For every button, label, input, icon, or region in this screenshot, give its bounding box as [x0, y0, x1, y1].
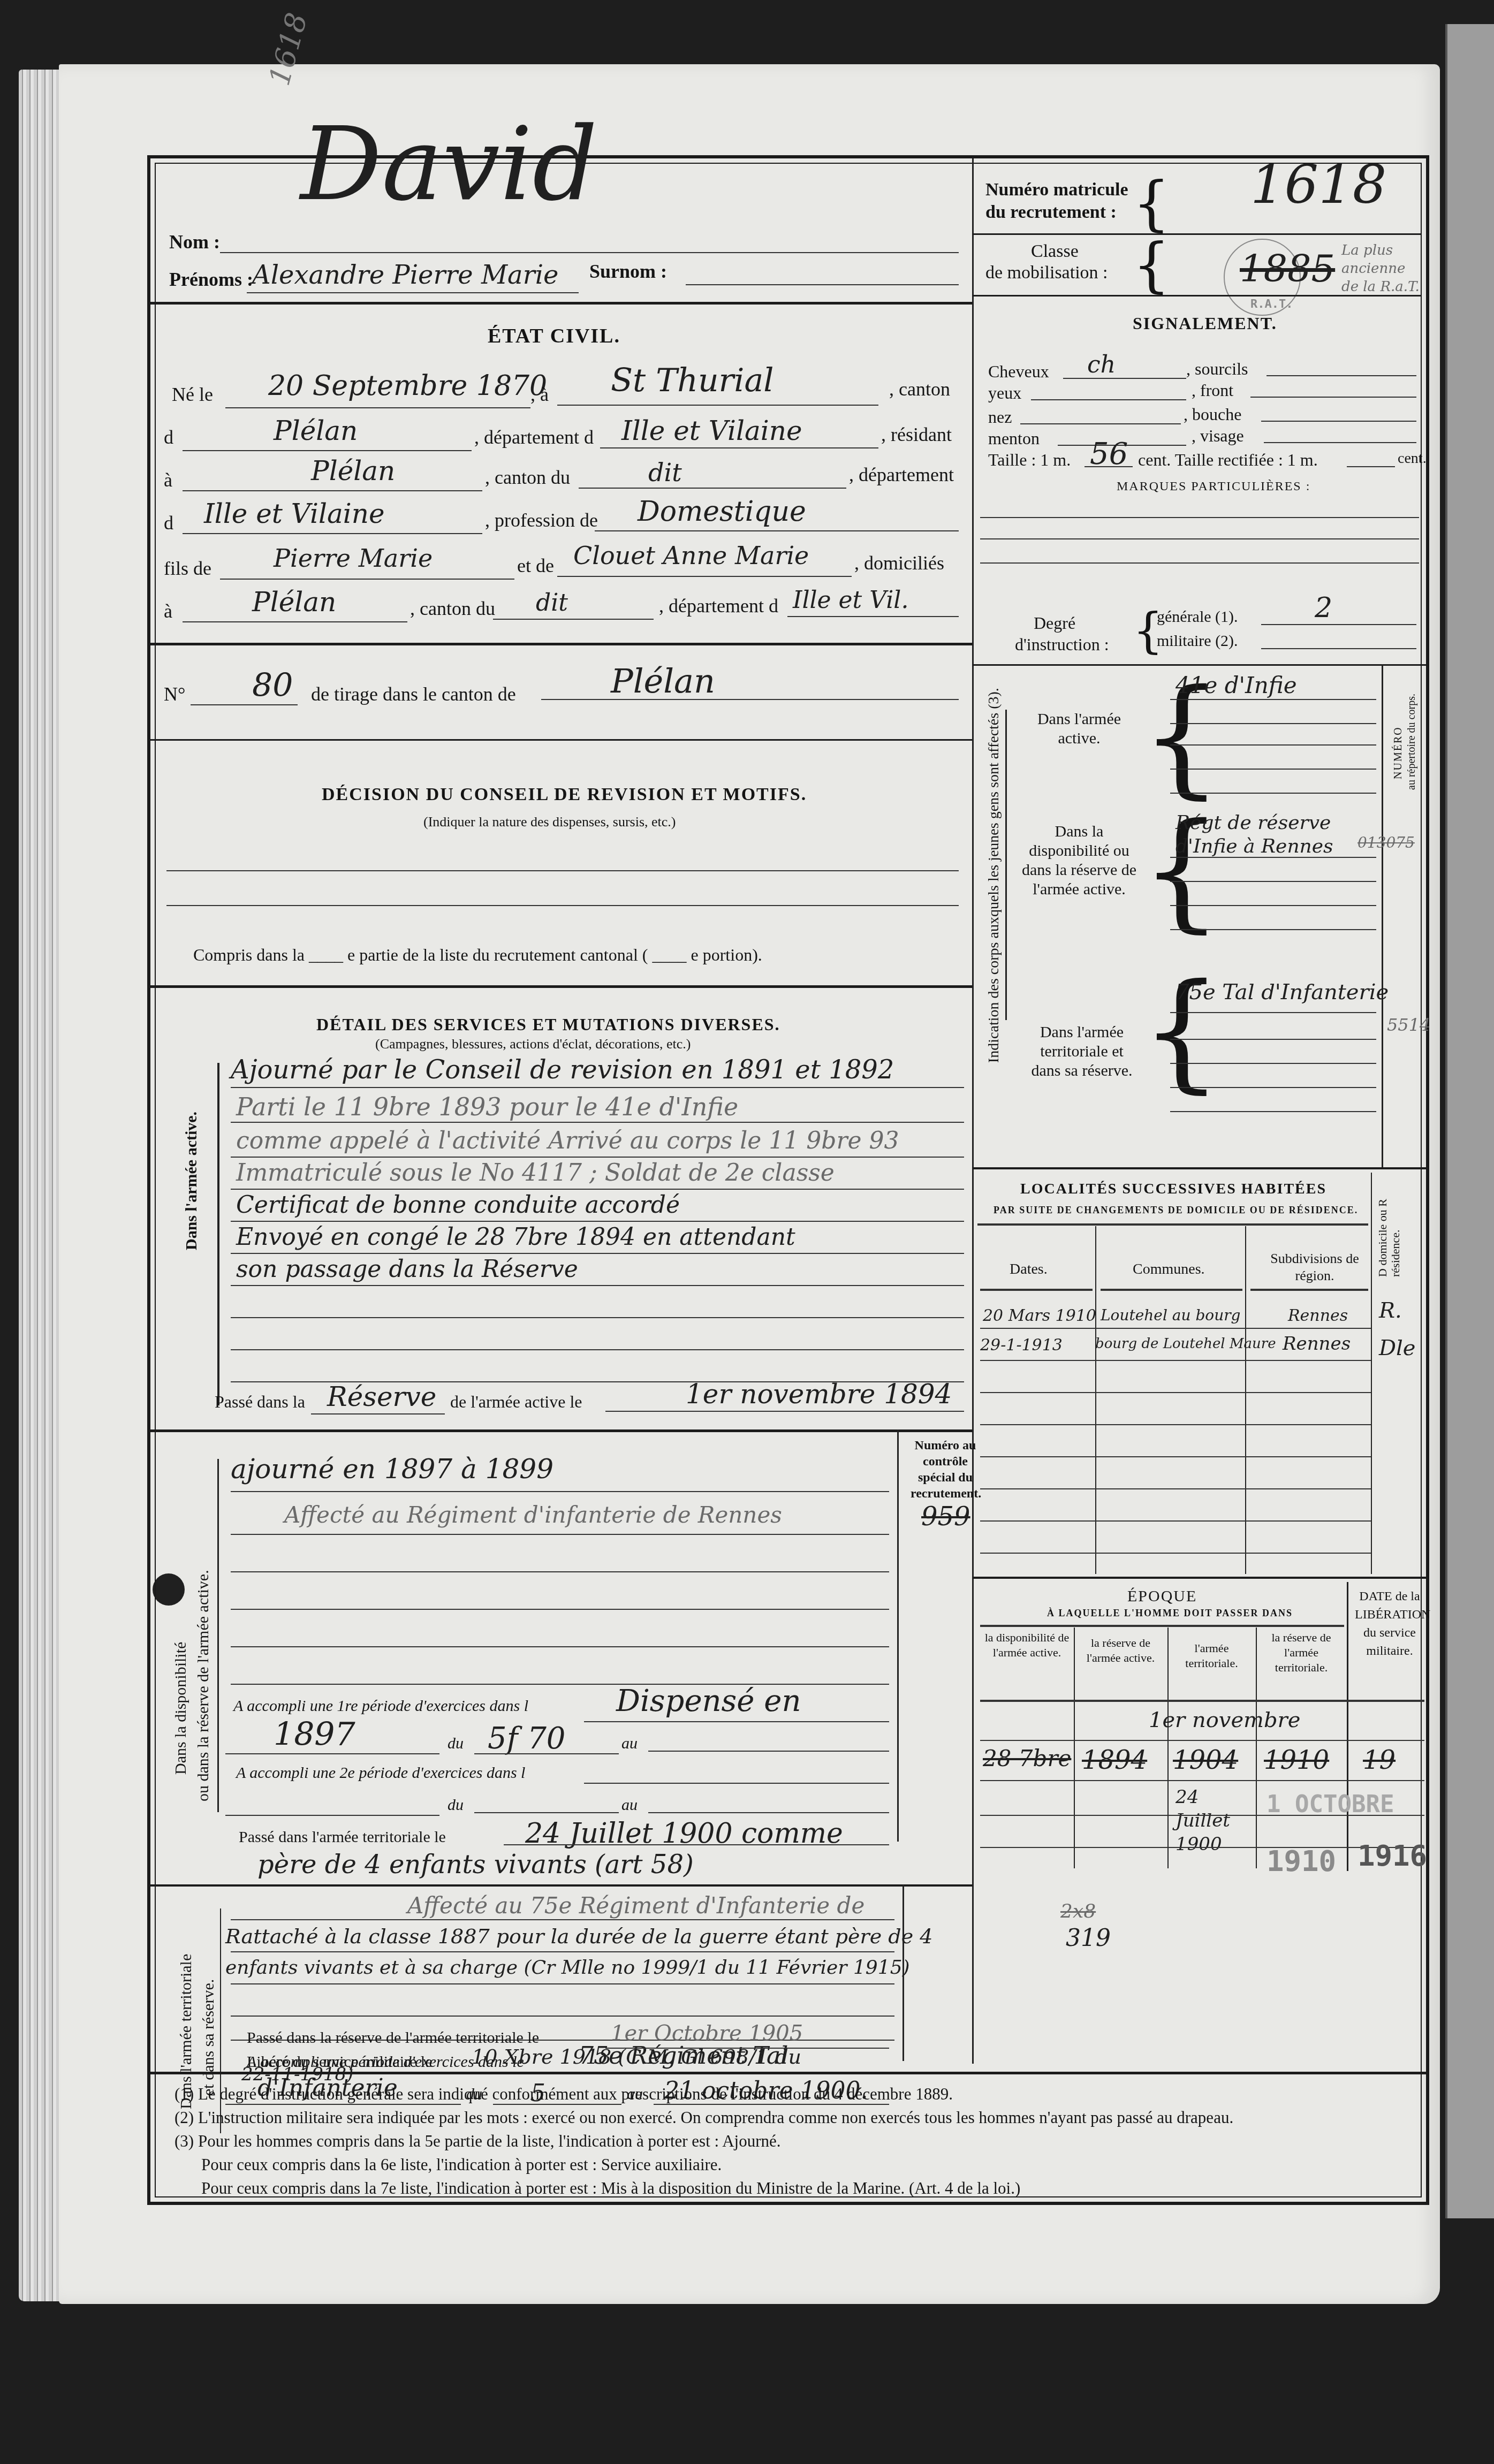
periode2-au-label: au [621, 1796, 638, 1814]
signalement-title: SIGNALEMENT. [1133, 314, 1277, 333]
corps-row-2-label: Dans la disponibilité ou dans la réserve… [1018, 822, 1141, 899]
epoque-col-reserve-territoriale: la réserve de l'armée territoriale. [1258, 1630, 1344, 1675]
services-line-5: Certificat de bonne conduite accordé [236, 1191, 680, 1219]
marques-title: MARQUES PARTICULIÈRES : [1117, 480, 1310, 494]
visage-label: , visage [1192, 426, 1244, 446]
tirage-no-value: 80 [252, 667, 293, 704]
prenoms-value: Alexandre Pierre Marie [252, 260, 558, 290]
disponibilite-label-2: ou dans la réserve de l'armée active. [194, 1570, 213, 1801]
footnote-3: (3) Pour les hommes compris dans la 5e p… [175, 2130, 1406, 2153]
nom-value: David [300, 105, 597, 223]
corps-row-2-numero: 013075 [1358, 834, 1415, 851]
epoque-span-note: 1er novembre [1149, 1708, 1300, 1732]
stamp-octobre: 1 OCTOBRE [1267, 1791, 1394, 1818]
canton-prefix: d [164, 426, 173, 448]
militaire-label: militaire (2). [1157, 632, 1238, 650]
localites-row-1-type: R. [1379, 1298, 1402, 1323]
residence-canton-label: , canton du [485, 466, 570, 489]
residence-prefix: à [164, 469, 172, 491]
tirage-canton-value: Plélan [611, 661, 715, 701]
mere-value: Clouet Anne Marie [573, 541, 809, 570]
taille-label: Taille : 1 m. [988, 450, 1071, 470]
footnotes: (1) Le degré d'instruction générale sera… [175, 2082, 1406, 2200]
services-line-7: son passage dans la Réserve [236, 1256, 578, 1283]
epoque-title: ÉPOQUE [1127, 1587, 1197, 1606]
yeux-label: yeux [988, 383, 1021, 403]
passe-reserve-label: Passé dans la [215, 1392, 305, 1412]
localites-row-1-subdivision: Rennes [1288, 1306, 1348, 1325]
services-line-2: Parti le 11 9bre 1893 pour le 41e d'Infi… [236, 1092, 738, 1121]
passe-reserve-value: Réserve [327, 1381, 436, 1412]
pere-value: Pierre Marie [274, 544, 433, 573]
domicile-departement-label: , département d [659, 595, 778, 617]
libere-value-2: 22-11-1918) [241, 2064, 353, 2085]
right-column: Numéro matricule du recrutement : { 1618… [972, 158, 1426, 2064]
residence-departement-prefix: d [164, 512, 173, 534]
reserve-territoriale-value: 1er Octobre 1905 [611, 2021, 803, 2045]
periode2-du-label: du [448, 1796, 464, 1814]
periode1-year: 1897 [274, 1716, 355, 1753]
degre-label-1: Degré [1034, 613, 1075, 633]
stamp-1910: 1910 [1267, 1844, 1336, 1878]
passe-reserve-date: 1er novembre 1894 [686, 1379, 952, 1410]
tirage-label: de tirage dans le canton de [311, 683, 516, 705]
epoque-territoriale-extra: 24 Juillet 1900 [1176, 1785, 1256, 1856]
epoque-value-disponibilite: 28 7bre [983, 1745, 1071, 1771]
classe-label-2: de mobilisation : [985, 263, 1108, 283]
left-column: David Nom : Prénoms : Alexandre Pierre M… [150, 158, 974, 2064]
periode1-au-label: au [621, 1735, 638, 1753]
decision-subtitle: (Indiquer la nature des dispenses, sursi… [423, 814, 676, 830]
localites-title: LOCALITÉS SUCCESSIVES HABITÉES [1020, 1181, 1326, 1198]
services-line-6: Envoyé en congé le 28 7bre 1894 en atten… [236, 1223, 795, 1251]
a-label: , à [530, 383, 549, 406]
territoriale-line-2: Rattaché à la classe 1887 pour la durée … [225, 1925, 932, 1948]
territoriale-numero: 319 [1066, 1925, 1111, 1952]
sourcils-label: , sourcils [1186, 359, 1248, 379]
domicilies-label: , domiciliés [854, 552, 944, 574]
reserve-territoriale-label: Passé dans la réserve de l'armée territo… [247, 2029, 539, 2047]
services-section-label: Dans l'armée active. [183, 1112, 201, 1250]
territoriale-line-3: enfants vivants et à sa charge (Cr Mlle … [225, 1957, 910, 1979]
territoriale-passage-label: Passé dans l'armée territoriale le [239, 1828, 446, 1846]
fils-label: fils de [164, 557, 211, 580]
localites-row-2-commune: bourg de Loutehel Maure [1095, 1336, 1276, 1352]
epoque-value-reserve-territoriale: 1910 [1264, 1745, 1329, 1775]
residence-departement-label: , département [849, 463, 954, 486]
periode1-value: Dispensé en [616, 1684, 801, 1718]
nez-label: nez [988, 407, 1012, 427]
corps-row-3-numero: 5514 [1387, 1015, 1430, 1035]
localites-row-2-type: Dle [1379, 1336, 1416, 1360]
decision-title: DÉCISION DU CONSEIL DE REVISION ET MOTIF… [322, 785, 807, 805]
degre-label-2: d'instruction : [1015, 635, 1109, 655]
epoque-col-disponibilite: la disponibilité de l'armée active. [983, 1630, 1071, 1660]
disponibilite-line-1: ajourné en 1897 à 1899 [231, 1454, 553, 1485]
localites-row-2-subdivision: Rennes [1283, 1333, 1351, 1355]
footnote-2: (2) L'instruction militaire sera indiqué… [175, 2106, 1406, 2130]
departement-value: Ille et Vilaine [621, 415, 802, 446]
matricule-value: 1618 [1250, 153, 1387, 216]
stamp-1916: 1916 [1358, 1839, 1427, 1873]
prenoms-label: Prénoms : [169, 268, 253, 291]
ne-le-label: Né le [172, 383, 213, 406]
periode1-du-value: 5f 70 [488, 1721, 565, 1756]
bouche-label: , bouche [1184, 405, 1241, 424]
services-line-1: Ajourné par le Conseil de revision en 18… [231, 1055, 894, 1085]
domicile-prefix: à [164, 600, 172, 622]
residence-departement-value: Ille et Vilaine [204, 498, 385, 529]
corps-row-1-label: Dans l'armée active. [1026, 710, 1133, 748]
localites-col-dates: Dates. [1010, 1261, 1048, 1278]
services-line-3: comme appelé à l'activité Arrivé au corp… [236, 1127, 899, 1154]
footnote-4: Pour ceux compris dans la 6e liste, l'in… [175, 2153, 1406, 2177]
domicile-canton-value: dit [536, 589, 568, 617]
services-title: DÉTAIL DES SERVICES ET MUTATIONS DIVERSE… [316, 1015, 780, 1035]
localites-subtitle: PAR SUITE DE CHANGEMENTS DE DOMICILE OU … [994, 1205, 1358, 1216]
rat-stamp-letters: R.A.T. [1250, 298, 1293, 311]
disponibilite-label-1: Dans la disponibilité [172, 1642, 190, 1775]
registration-form: David Nom : Prénoms : Alexandre Pierre M… [147, 155, 1429, 2205]
numero-controle-value: 959 [921, 1502, 970, 1532]
cheveux-value: ch [1087, 351, 1116, 378]
etat-civil-title: ÉTAT CIVIL. [488, 324, 620, 348]
services-line-4: Immatriculé sous le No 4117 ; Soldat de … [236, 1159, 835, 1187]
domicile-value: Plélan [252, 587, 336, 618]
periode1-du-label: du [448, 1735, 464, 1753]
localites-col-communes: Communes. [1133, 1261, 1205, 1278]
corps-row-1-value: 41e d'Infie [1176, 672, 1297, 698]
periode1-label: A accompli une 1re période d'exercices d… [233, 1697, 528, 1715]
canton-label: , canton [889, 378, 950, 400]
residant-label: , résidant [881, 423, 952, 446]
disponibilite-line-2: Affecté au Régiment d'infanterie de Renn… [284, 1502, 782, 1528]
numero-controle-header: Numéro au contrôle spécial du recrutemen… [911, 1438, 980, 1502]
localites-row-1-date: 20 Mars 1910 [983, 1306, 1096, 1325]
taille-rectifiee-label: cent. Taille rectifiée : 1 m. [1138, 450, 1318, 470]
liberation-header: DATE de la LIBÉRATION du service militai… [1355, 1587, 1424, 1660]
compris-text: Compris dans la ____ e partie de la list… [193, 945, 762, 965]
classe-note: La plus ancienne de la R.a.T. [1341, 241, 1422, 296]
epoque-value-reserve-active: 1894 [1082, 1745, 1147, 1775]
corps-row-2-value: Régt de réserve d'Infie à Rennes [1176, 811, 1379, 858]
domicile-departement-value: Ille et Vil. [793, 587, 908, 614]
territoriale-passage-value-2: père de 4 enfants vivants (art 58) [257, 1850, 694, 1880]
numero-repertoire-label-2: au répertoire du corps. [1406, 694, 1418, 790]
territoriale-line-1: Affecté au 75e Régiment d'Infanterie de [407, 1892, 864, 1919]
corps-row-3-label: Dans l'armée territoriale et dans sa rés… [1026, 1023, 1138, 1081]
residence-value: Plélan [311, 455, 395, 486]
residence-canton-value: dit [648, 458, 682, 487]
epoque-col-reserve-active: la réserve de l'armée active. [1076, 1636, 1165, 1666]
classe-value: 1885 [1240, 247, 1335, 291]
localites-side-column: D domicile ou R résidence. [1376, 1181, 1402, 1277]
surnom-label: Surnom : [589, 260, 667, 283]
corps-row-3-value: 75e Tal d'Infanterie [1176, 980, 1389, 1005]
generale-value: 2 [1315, 592, 1332, 624]
territoriale-numero-struck: 2x8 [1060, 1900, 1096, 1922]
et-label: et de [517, 554, 554, 577]
epoque-value-territoriale: 1904 [1173, 1745, 1238, 1775]
tirage-no-label: N° [164, 683, 185, 705]
territoriale-label-2: et dans sa réserve. [200, 1979, 218, 2096]
services-subtitle: (Campagnes, blessures, actions d'éclat, … [375, 1036, 691, 1052]
periode2-label: A accompli une 2e période d'exercices da… [236, 1764, 525, 1782]
profession-value: Domestique [638, 496, 806, 528]
classe-label-1: Classe [1031, 241, 1079, 262]
matricule-label-1: Numéro matricule [985, 180, 1128, 200]
localites-col-subdivisions: Subdivisions de région. [1264, 1250, 1366, 1284]
canton-value: Plélan [274, 415, 358, 446]
epoque-col-territoriale: l'armée territoriale. [1170, 1641, 1253, 1671]
front-label: , front [1192, 381, 1233, 400]
localites-row-2-date: 29-1-1913 [980, 1336, 1063, 1355]
departement-label: , département d [474, 426, 594, 448]
footnote-1: (1) Le degré d'instruction générale sera… [175, 2082, 1406, 2106]
corps-vertical-label: Indication des corps auxquels les jeunes… [985, 688, 1003, 1063]
epoque-subtitle: À LAQUELLE L'HOMME DOIT PASSER DANS [1047, 1608, 1293, 1619]
domicile-canton-label: , canton du [410, 597, 495, 620]
passe-reserve-mid: de l'armée active le [450, 1392, 582, 1412]
lieu-naissance-value: St Thurial [611, 362, 773, 399]
generale-label: générale (1). [1157, 608, 1238, 626]
cheveux-label: Cheveux [988, 362, 1049, 382]
nom-label: Nom : [169, 231, 220, 253]
taille-cent-suffix: cent. [1398, 450, 1427, 467]
ne-le-value: 20 Septembre 1870 [268, 370, 547, 402]
profession-label: , profession de [485, 509, 598, 531]
numero-repertoire-label-1: NUMÉRO [1392, 726, 1405, 779]
matricule-label-2: du recrutement : [985, 202, 1117, 223]
menton-label: menton [988, 429, 1040, 448]
epoque-value-liberation: 19 [1363, 1745, 1396, 1775]
localites-row-1-commune: Loutehel au bourg [1101, 1306, 1241, 1324]
footnote-5: Pour ceux compris dans la 7e liste, l'in… [175, 2177, 1406, 2200]
libere-value: 10 Xbre 1918 (C.M. Gl 698/1 du [472, 2045, 801, 2068]
adjacent-page [1445, 24, 1494, 2218]
